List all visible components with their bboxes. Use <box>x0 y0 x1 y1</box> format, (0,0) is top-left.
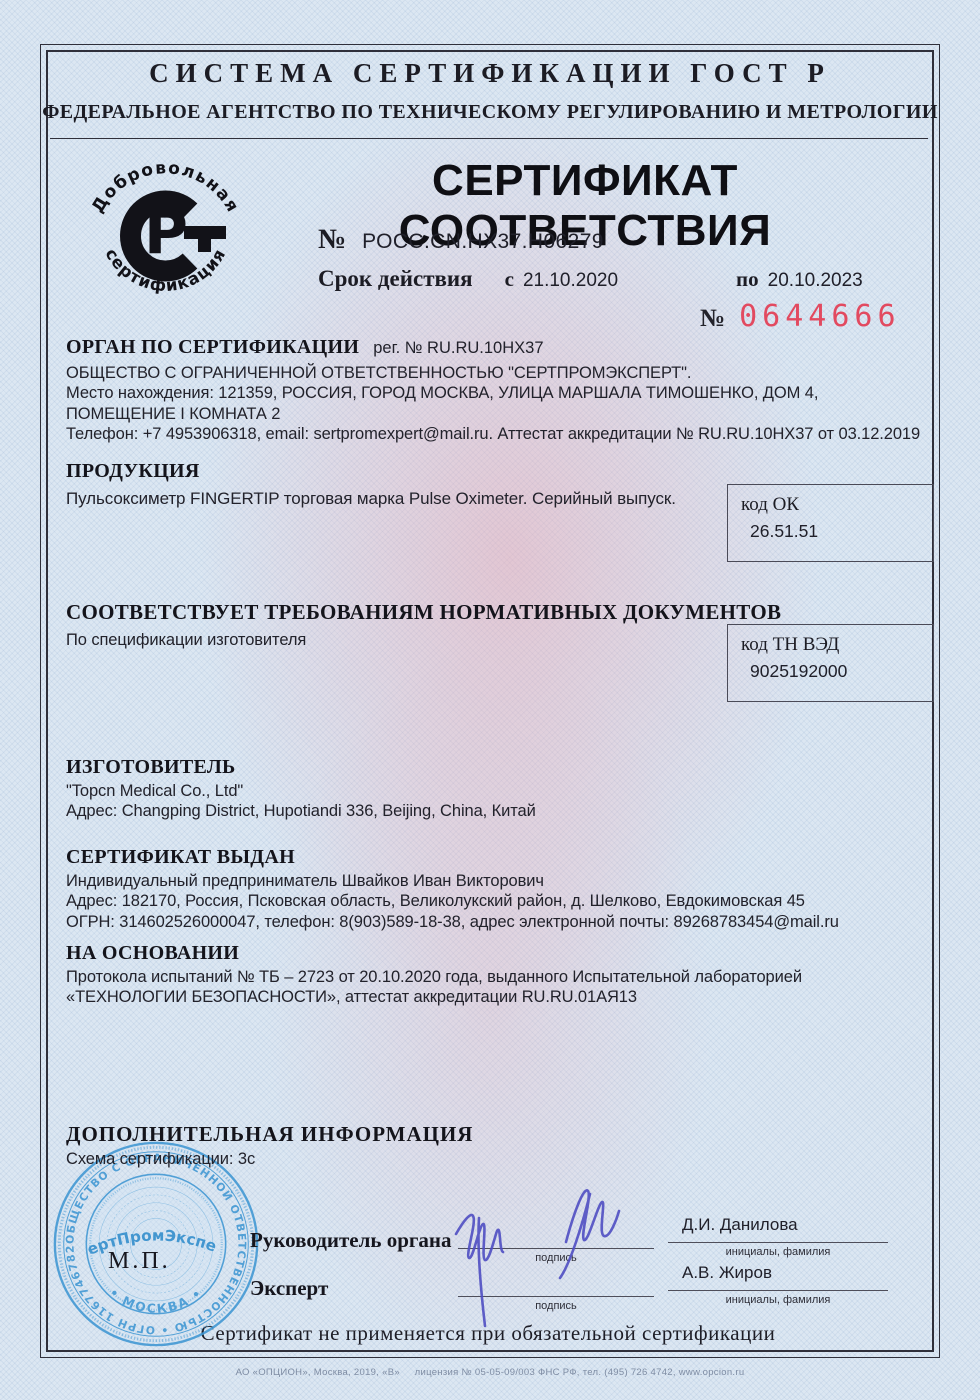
validity-from-label: с <box>505 267 514 292</box>
header-agency-title: ФЕДЕРАЛЬНОЕ АГЕНТСТВО ПО ТЕХНИЧЕСКОМУ РЕ… <box>0 101 980 124</box>
issued-to-line3: ОГРН: 314602526000047, телефон: 8(903)58… <box>66 912 924 932</box>
validity-row: Срок действия с 21.10.2020 по 20.10.2023 <box>318 266 863 292</box>
certification-body-heading-row: ОРГАН ПО СЕРТИФИКАЦИИ рег. № RU.RU.10НХ3… <box>66 336 544 359</box>
ok-code-box: код ОК 26.51.51 <box>727 484 934 562</box>
blank-number-value: 0644666 <box>739 299 900 334</box>
expert-name-caption: инициалы, фамилия <box>668 1291 888 1306</box>
tnved-code-box: код ТН ВЭД 9025192000 <box>727 624 934 702</box>
validity-from-date: 21.10.2020 <box>523 270 618 292</box>
issued-to-heading: СЕРТИФИКАТ ВЫДАН <box>66 846 295 869</box>
blank-number-label: № <box>700 305 725 333</box>
additional-info-text: Схема сертификации: 3с <box>66 1149 255 1169</box>
basis-text: Протокола испытаний № ТБ – 2723 от 20.10… <box>66 967 896 1008</box>
head-role-label: Руководитель органа <box>250 1228 452 1253</box>
basis-heading: НА ОСНОВАНИИ <box>66 942 239 965</box>
logo-p-letter: Р <box>144 198 188 268</box>
head-signature-caption: подпись <box>458 1249 654 1264</box>
product-heading: ПРОДУКЦИЯ <box>66 460 200 483</box>
expert-role-label: Эксперт <box>250 1276 328 1301</box>
expert-signature-caption: подпись <box>458 1297 654 1312</box>
certification-body-heading: ОРГАН ПО СЕРТИФИКАЦИИ <box>66 336 359 359</box>
tnved-code-label: код ТН ВЭД <box>728 625 933 656</box>
additional-info-heading: ДОПОЛНИТЕЛЬНАЯ ИНФОРМАЦИЯ <box>66 1122 473 1147</box>
header-system-title: СИСТЕМА СЕРТИФИКАЦИИ ГОСТ Р <box>0 58 980 89</box>
stamp-place-mark: М.П. <box>108 1248 171 1275</box>
certificate-number-value: РОСС.CN.НХ37.Н06279 <box>362 230 604 254</box>
header-divider <box>50 138 928 139</box>
issued-to-line2: Адрес: 182170, Россия, Псковская область… <box>66 891 924 911</box>
expert-name-field: А.В. Жиров инициалы, фамилия <box>668 1263 888 1306</box>
certification-body-line2: Место нахождения: 121359, РОССИЯ, ГОРОД … <box>66 383 924 424</box>
head-name-field: Д.И. Данилова инициалы, фамилия <box>668 1215 888 1258</box>
manufacturer-heading: ИЗГОТОВИТЕЛЬ <box>66 756 236 779</box>
manufacturer-line2: Адрес: Changping District, Hupotiandi 33… <box>66 801 924 821</box>
tnved-code-value: 9025192000 <box>728 656 933 682</box>
product-text: Пульсоксиметр FINGERTIP торговая марка P… <box>66 489 706 509</box>
certification-body-text: ОБЩЕСТВО С ОГРАНИЧЕННОЙ ОТВЕТСТВЕННОСТЬЮ… <box>66 363 924 444</box>
manufacturer-line1: "Topcn Medical Co., Ltd" <box>66 781 924 801</box>
certification-body-line1: ОБЩЕСТВО С ОГРАНИЧЕННОЙ ОТВЕТСТВЕННОСТЬЮ… <box>66 363 924 383</box>
issued-to-line1: Индивидуальный предприниматель Швайков И… <box>66 871 924 891</box>
compliance-heading: СООТВЕТСТВУЕТ ТРЕБОВАНИЯМ НОРМАТИВНЫХ ДО… <box>66 600 781 625</box>
head-name-value: Д.И. Данилова <box>668 1215 888 1243</box>
head-name-caption: инициалы, фамилия <box>668 1243 888 1258</box>
expert-signature-line <box>458 1269 654 1297</box>
head-signature-field: подпись <box>458 1221 654 1264</box>
certificate-number-row: № РОСС.CN.НХ37.Н06279 <box>318 224 604 256</box>
certificate-number-label: № <box>318 224 346 256</box>
issued-to-text: Индивидуальный предприниматель Швайков И… <box>66 871 924 932</box>
ok-code-label: код ОК <box>728 485 933 516</box>
certification-body-reg: рег. № RU.RU.10НХ37 <box>373 339 543 358</box>
blank-number-row: № 0644666 <box>700 299 901 334</box>
print-house-info: АО «ОПЦИОН», Москва, 2019, «В» лицензия … <box>0 1367 980 1378</box>
ok-code-value: 26.51.51 <box>728 516 933 542</box>
compliance-text: По спецификации изготовителя <box>66 630 306 650</box>
head-signature-line <box>458 1221 654 1249</box>
certification-body-line3: Телефон: +7 4953906318, email: sertprome… <box>66 424 924 444</box>
logo-t-arm <box>184 226 226 252</box>
certificate-page: СИСТЕМА СЕРТИФИКАЦИИ ГОСТ Р ФЕДЕРАЛЬНОЕ … <box>0 0 980 1400</box>
validity-to-label: по <box>736 267 759 292</box>
manufacturer-text: "Topcn Medical Co., Ltd" Адрес: Changpin… <box>66 781 924 822</box>
expert-signature-field: подпись <box>458 1269 654 1312</box>
validity-label: Срок действия <box>318 266 473 292</box>
rst-logo-icon: Добровольная сертификация Р <box>78 148 253 306</box>
validity-to-date: 20.10.2023 <box>768 270 863 292</box>
expert-name-value: А.В. Жиров <box>668 1263 888 1291</box>
